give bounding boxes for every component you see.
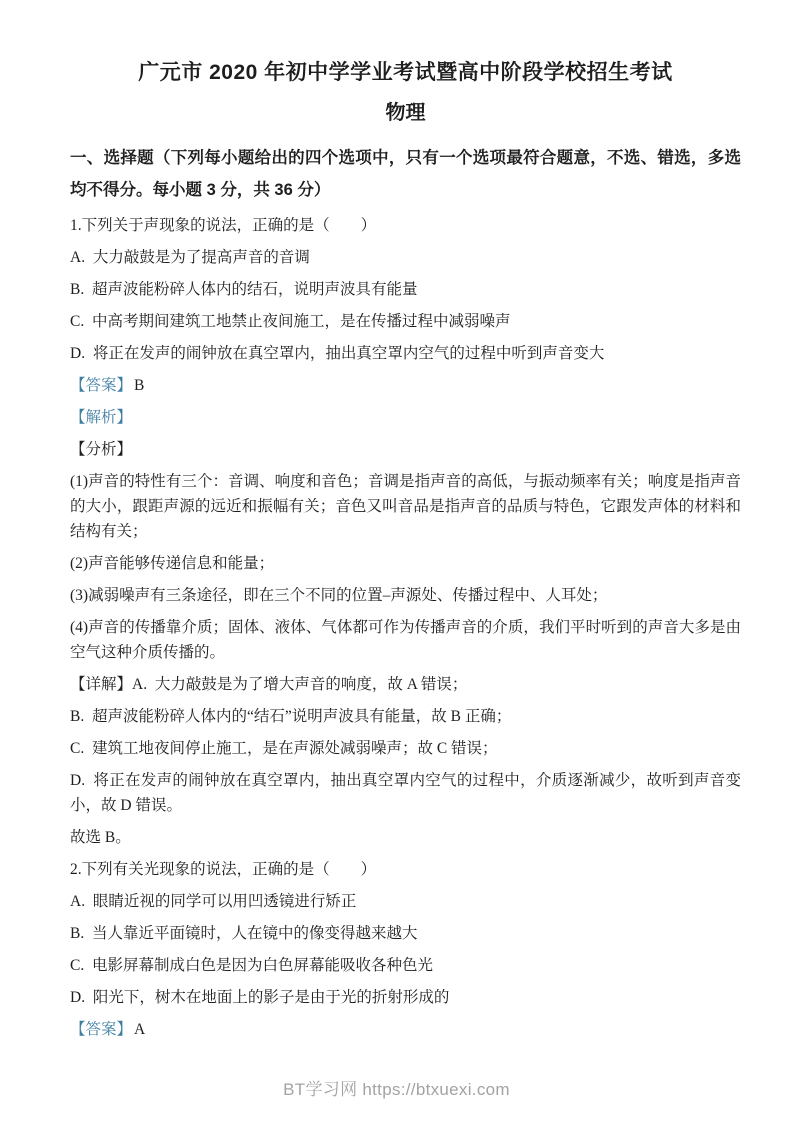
subject-title: 物理 xyxy=(70,98,741,128)
q1-option-a: A. 大力敲鼓是为了提高声音的音调 xyxy=(70,245,741,270)
q1-option-d: D. 将正在发声的闹钟放在真空罩内，抽出真空罩内空气的过程中听到声音变大 xyxy=(70,341,741,366)
q1-detail-b: B. 超声波能粉碎人体内的“结石”说明声波具有能量，故 B 正确； xyxy=(70,704,741,729)
q2-option-c: C. 电影屏幕制成白色是因为白色屏幕能吸收各种色光 xyxy=(70,953,741,978)
section-heading: 一、选择题（下列每小题给出的四个选项中，只有一个选项最符合题意，不选、错选，多选… xyxy=(70,142,741,206)
q2-answer-value: A xyxy=(132,1021,145,1038)
analysis-label: 【分析】 xyxy=(70,441,132,458)
detail-label: 【详解】 xyxy=(70,676,132,693)
q2-stem: 2.下列有关光现象的说法，正确的是（ ） xyxy=(70,857,741,882)
q1-answer-value: B xyxy=(132,377,144,394)
answer-label: 【答案】 xyxy=(70,1021,132,1038)
q1-detail-c: C. 建筑工地夜间停止施工，是在声源处减弱噪声；故 C 错误； xyxy=(70,736,741,761)
site-watermark-footer: BT学习网 https://btxuexi.com xyxy=(0,1075,793,1100)
q1-analysis-1: (1)声音的特性有三个：音调、响度和音色；音调是指声音的高低，与振动频率有关；响… xyxy=(70,469,741,544)
q1-conclusion: 故选 B。 xyxy=(70,825,741,850)
q1-analysis-2: (2)声音能够传递信息和能量； xyxy=(70,551,741,576)
q1-stem: 1.下列关于声现象的说法，正确的是（ ） xyxy=(70,213,741,238)
page-title: 广元市 2020 年初中学学业考试暨高中阶段学校招生考试 xyxy=(70,58,741,88)
q1-analysis-label-row: 【分析】 xyxy=(70,437,741,462)
q1-detail-a: 【详解】A. 大力敲鼓是为了增大声音的响度，故 A 错误； xyxy=(70,672,741,697)
q2-option-a: A. 眼睛近视的同学可以用凹透镜进行矫正 xyxy=(70,889,741,914)
q2-option-d: D. 阳光下，树木在地面上的影子是由于光的折射形成的 xyxy=(70,985,741,1010)
q1-detail-d: D. 将正在发声的闹钟放在真空罩内，抽出真空罩内空气的过程中，介质逐渐减少，故听… xyxy=(70,768,741,818)
document-content: 广元市 2020 年初中学学业考试暨高中阶段学校招生考试 物理 一、选择题（下列… xyxy=(0,0,793,1042)
q1-explain-row: 【解析】 xyxy=(70,405,741,430)
q2-option-b: B. 当人靠近平面镜时，人在镜中的像变得越来越大 xyxy=(70,921,741,946)
q1-option-c: C. 中高考期间建筑工地禁止夜间施工，是在传播过程中减弱噪声 xyxy=(70,309,741,334)
explain-label: 【解析】 xyxy=(70,409,132,426)
q1-analysis-3: (3)减弱噪声有三条途径，即在三个不同的位置–声源处、传播过程中、人耳处； xyxy=(70,583,741,608)
answer-label: 【答案】 xyxy=(70,377,132,394)
q1-analysis-4: (4)声音的传播靠介质；固体、液体、气体都可作为传播声音的介质，我们平时听到的声… xyxy=(70,615,741,665)
q1-detail-a-text: A. 大力敲鼓是为了增大声音的响度，故 A 错误； xyxy=(132,676,467,693)
q1-answer-row: 【答案】B xyxy=(70,373,741,398)
q2-answer-row: 【答案】A xyxy=(70,1017,741,1042)
q1-option-b: B. 超声波能粉碎人体内的结石，说明声波具有能量 xyxy=(70,277,741,302)
exam-paper-page: 广元市 2020 年初中学学业考试暨高中阶段学校招生考试 物理 一、选择题（下列… xyxy=(0,0,793,1122)
